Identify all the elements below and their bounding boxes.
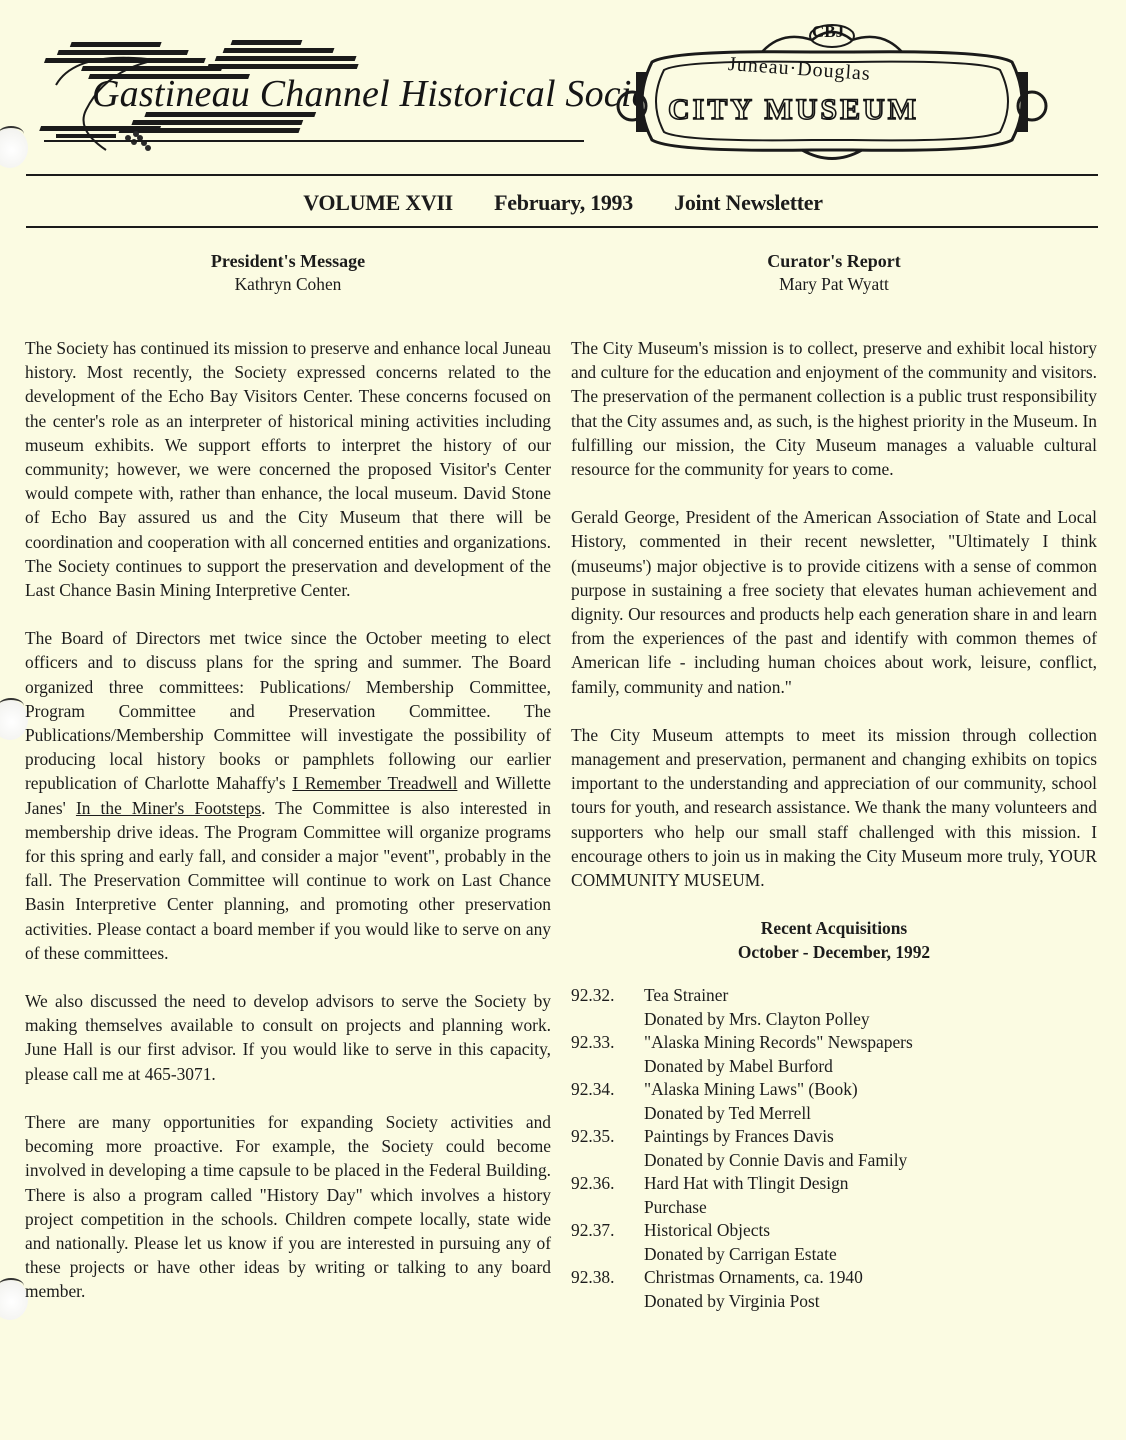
curators-report: Curator's Report Mary Pat Wyatt The City… bbox=[571, 250, 1097, 1313]
banner-top-rule bbox=[26, 174, 1098, 176]
accession-number: 92.34. bbox=[571, 1078, 644, 1125]
list-item: 92.34."Alaska Mining Laws" (Book)Donated… bbox=[571, 1078, 1097, 1125]
acquisition-item: "Alaska Mining Laws" (Book) bbox=[644, 1078, 858, 1102]
banner-bottom-rule bbox=[26, 226, 1098, 228]
issue-date: February, 1993 bbox=[494, 190, 633, 215]
paragraph: The City Museum attempts to meet its mis… bbox=[571, 723, 1097, 892]
acquisition-details: Hard Hat with Tlingit DesignPurchase bbox=[644, 1172, 848, 1219]
newsletter-type: Joint Newsletter bbox=[674, 190, 823, 215]
presidents-message: President's Message Kathryn Cohen The So… bbox=[25, 250, 551, 1328]
acquisition-details: Paintings by Frances DavisDonated by Con… bbox=[644, 1125, 907, 1172]
acquisition-item: Hard Hat with Tlingit Design bbox=[644, 1172, 848, 1196]
section-author: Mary Pat Wyatt bbox=[571, 273, 1097, 296]
accession-number: 92.36. bbox=[571, 1172, 644, 1219]
masthead: Gastineau Channel Historical Society CBJ… bbox=[0, 0, 1126, 180]
acquisitions-title: Recent Acquisitions bbox=[571, 916, 1097, 940]
section-header: President's Message Kathryn Cohen bbox=[25, 250, 551, 296]
list-item: 92.33."Alaska Mining Records" Newspapers… bbox=[571, 1031, 1097, 1078]
book-title: I Remember Treadwell bbox=[292, 773, 457, 793]
acquisition-details: Historical ObjectsDonated by Carrigan Es… bbox=[644, 1219, 837, 1266]
section-title: Curator's Report bbox=[571, 250, 1097, 273]
list-item: 92.38.Christmas Ornaments, ca. 1940Donat… bbox=[571, 1266, 1097, 1313]
acquisition-item: Historical Objects bbox=[644, 1219, 837, 1243]
society-name: Gastineau Channel Historical Society bbox=[92, 72, 677, 116]
accession-number: 92.35. bbox=[571, 1125, 644, 1172]
acquisition-source: Purchase bbox=[644, 1196, 848, 1220]
acquisitions-header: Recent Acquisitions October - December, … bbox=[571, 916, 1097, 964]
section-header: Curator's Report Mary Pat Wyatt bbox=[571, 250, 1097, 296]
acquisition-details: Tea StrainerDonated by Mrs. Clayton Poll… bbox=[644, 984, 870, 1031]
issue-banner: VOLUME XVII February, 1993 Joint Newslet… bbox=[0, 190, 1126, 216]
newsletter-page: Gastineau Channel Historical Society CBJ… bbox=[0, 0, 1126, 1440]
section-title: President's Message bbox=[25, 250, 551, 273]
acquisition-details: Christmas Ornaments, ca. 1940Donated by … bbox=[644, 1266, 863, 1313]
volume-label: VOLUME XVII bbox=[303, 190, 453, 215]
acquisition-details: "Alaska Mining Laws" (Book)Donated by Te… bbox=[644, 1078, 858, 1125]
museum-badge: CBJ bbox=[812, 22, 844, 42]
accession-number: 92.33. bbox=[571, 1031, 644, 1078]
acquisition-source: Donated by Carrigan Estate bbox=[644, 1243, 837, 1267]
accession-number: 92.38. bbox=[571, 1266, 644, 1313]
acquisition-item: Christmas Ornaments, ca. 1940 bbox=[644, 1266, 863, 1290]
masthead-rule bbox=[44, 140, 584, 142]
paragraph: There are many opportunities for expandi… bbox=[25, 1110, 551, 1304]
accession-number: 92.32. bbox=[571, 984, 644, 1031]
list-item: 92.37.Historical ObjectsDonated by Carri… bbox=[571, 1219, 1097, 1266]
paragraph-text: The Board of Directors met twice since t… bbox=[25, 628, 551, 793]
list-item: 92.35.Paintings by Frances DavisDonated … bbox=[571, 1125, 1097, 1172]
accession-number: 92.37. bbox=[571, 1219, 644, 1266]
acquisition-item: Tea Strainer bbox=[644, 984, 870, 1008]
paragraph: The City Museum's mission is to collect,… bbox=[571, 336, 1097, 481]
list-item: 92.32.Tea StrainerDonated by Mrs. Clayto… bbox=[571, 984, 1097, 1031]
list-item: 92.36.Hard Hat with Tlingit DesignPurcha… bbox=[571, 1172, 1097, 1219]
paragraph: The Board of Directors met twice since t… bbox=[25, 626, 551, 965]
book-title: In the Miner's Footsteps bbox=[76, 798, 261, 818]
acquisition-source: Donated by Virginia Post bbox=[644, 1290, 863, 1314]
punch-hole bbox=[0, 700, 28, 740]
punch-hole bbox=[0, 1280, 28, 1320]
paragraph-text: . The Committee is also interested in me… bbox=[25, 798, 551, 963]
acquisition-source: Donated by Mabel Burford bbox=[644, 1055, 913, 1079]
acquisition-source: Donated by Mrs. Clayton Polley bbox=[644, 1008, 870, 1032]
paragraph: We also discussed the need to develop ad… bbox=[25, 989, 551, 1086]
acquisitions-list: 92.32.Tea StrainerDonated by Mrs. Clayto… bbox=[571, 984, 1097, 1313]
paragraph: Gerald George, President of the American… bbox=[571, 505, 1097, 699]
section-author: Kathryn Cohen bbox=[25, 273, 551, 296]
acquisition-details: "Alaska Mining Records" NewspapersDonate… bbox=[644, 1031, 913, 1078]
acquisition-item: "Alaska Mining Records" Newspapers bbox=[644, 1031, 913, 1055]
paragraph: The Society has continued its mission to… bbox=[25, 336, 551, 602]
acquisition-item: Paintings by Frances Davis bbox=[644, 1125, 907, 1149]
acquisitions-period: October - December, 1992 bbox=[571, 940, 1097, 964]
museum-name: CITY MUSEUM bbox=[668, 93, 919, 127]
acquisition-source: Donated by Ted Merrell bbox=[644, 1102, 858, 1126]
acquisition-source: Donated by Connie Davis and Family bbox=[644, 1149, 907, 1173]
